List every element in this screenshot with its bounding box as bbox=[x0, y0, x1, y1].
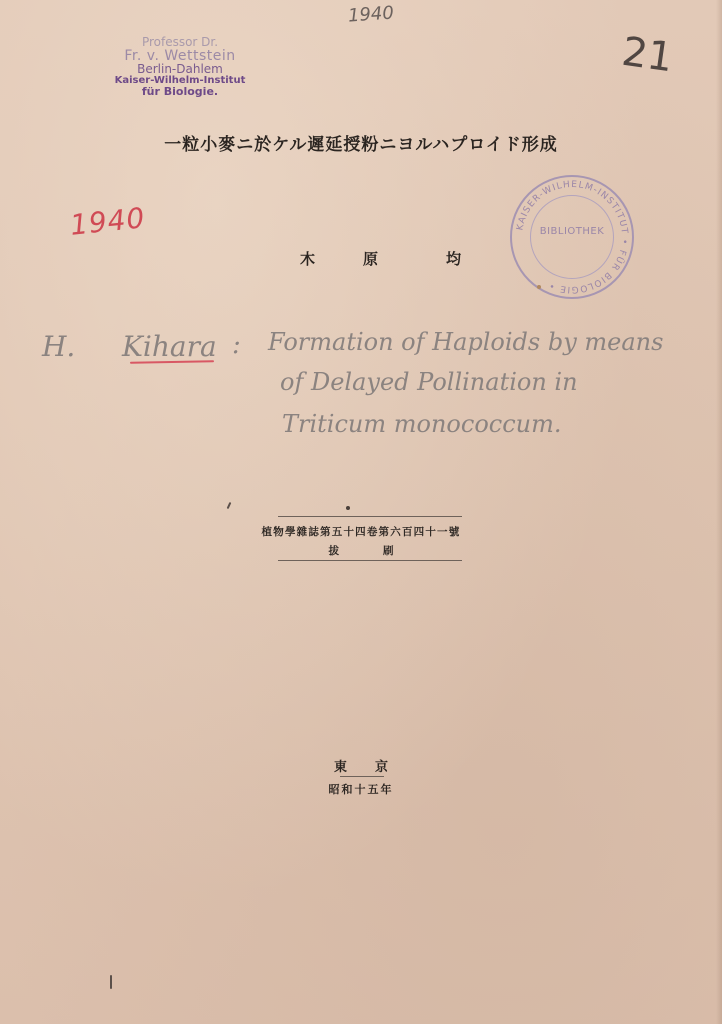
document-page: 1940 21 Professor Dr. Fr. v. Wettstein B… bbox=[0, 0, 722, 1024]
place-rule bbox=[340, 776, 384, 777]
author-char: 均 bbox=[446, 248, 461, 269]
bottom-rule bbox=[278, 560, 462, 561]
place-char: 京 bbox=[375, 756, 388, 775]
author-char: 原 bbox=[363, 248, 378, 269]
journal-citation: 植物學雜誌第五十四卷第六百四十一號 bbox=[0, 524, 722, 539]
japanese-title: 一粒小麥ニ於ケル遲延授粉ニヨルハプロイド形成 bbox=[0, 130, 722, 155]
stamp-line: Berlin-Dahlem bbox=[95, 63, 265, 76]
stamp-line: Fr. v. Wettstein bbox=[95, 49, 265, 64]
pencil-year-annotation: 1940 bbox=[347, 2, 394, 26]
pencil-corner-mark: 21 bbox=[619, 29, 676, 82]
publication-date: 昭和十五年 bbox=[0, 781, 722, 797]
paper-speck bbox=[537, 285, 541, 289]
stamp-line: für Biologie. bbox=[95, 86, 265, 98]
place-char: 東 bbox=[334, 756, 347, 775]
stamp-line: Professor Dr. bbox=[95, 36, 265, 49]
paper-speck bbox=[227, 502, 232, 509]
handwritten-initial: H. bbox=[42, 330, 75, 363]
handwritten-separator: : bbox=[232, 330, 241, 360]
handwritten-surname: Kihara bbox=[122, 330, 217, 363]
stamp-center-text: BIBLIOTHEK bbox=[512, 226, 632, 237]
professor-ink-stamp: Professor Dr. Fr. v. Wettstein Berlin-Da… bbox=[95, 36, 265, 98]
publication-place: 東京 bbox=[0, 756, 722, 775]
library-round-stamp: KAISER-WILHELM-INSTITUT • FÜR BIOLOGIE •… bbox=[510, 175, 634, 299]
red-underline bbox=[130, 360, 214, 363]
red-pencil-year: 1940 bbox=[68, 201, 146, 242]
top-rule bbox=[278, 516, 462, 517]
paper-speck bbox=[110, 975, 112, 989]
stamp-ring-text-icon: KAISER-WILHELM-INSTITUT • FÜR BIOLOGIE • bbox=[512, 177, 632, 297]
handwritten-title-line: of Delayed Pollination in bbox=[280, 368, 578, 396]
svg-text:KAISER-WILHELM-INSTITUT • FÜR: KAISER-WILHELM-INSTITUT • FÜR BIOLOGIE • bbox=[515, 180, 629, 294]
reprint-char: 拔 bbox=[329, 543, 340, 558]
handwritten-title-line: Formation of Haploids by means bbox=[268, 328, 663, 356]
reprint-label: 拔刷 bbox=[0, 543, 722, 558]
handwritten-title-line: Triticum monococcum. bbox=[282, 410, 562, 438]
author-char: 木 bbox=[300, 248, 315, 269]
ornament-dot bbox=[346, 506, 350, 510]
reprint-char: 刷 bbox=[383, 543, 394, 558]
author-japanese: 木原均 bbox=[300, 248, 461, 269]
